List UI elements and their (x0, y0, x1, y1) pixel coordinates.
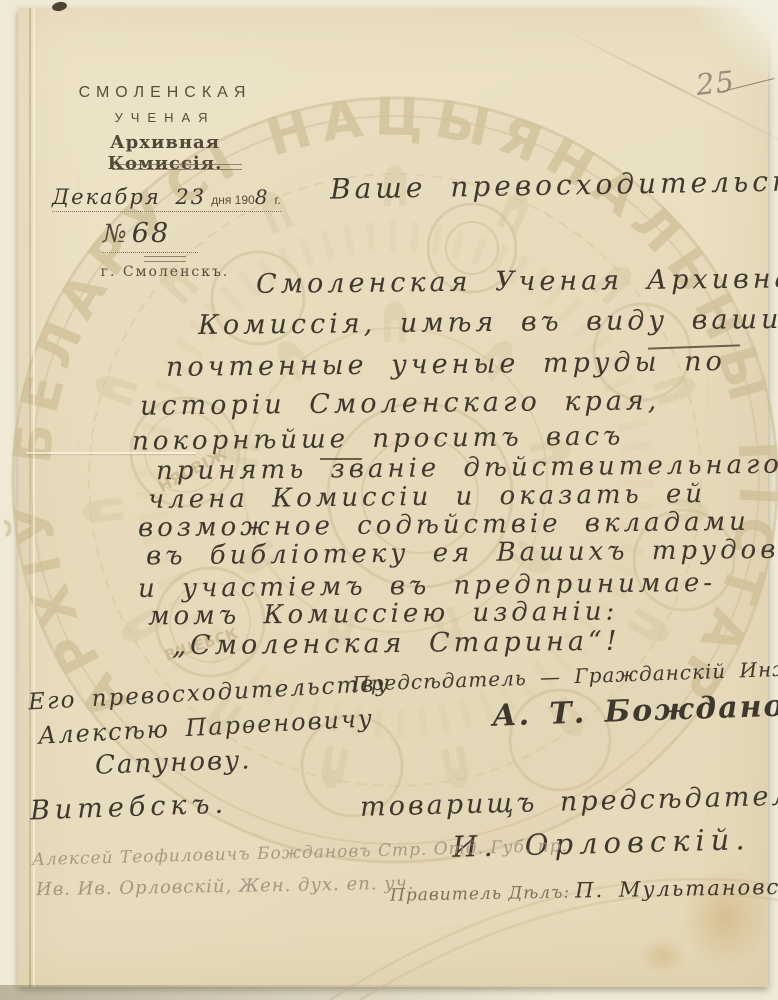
body-line: почтенные ученые труды по (166, 346, 726, 383)
number-value: 68 (132, 218, 170, 249)
date-printed-suffix: г. (275, 193, 281, 207)
paper-crease-left-highlight (33, 8, 35, 987)
ink-underline-she (320, 458, 362, 460)
letterhead-divider-small (144, 256, 186, 262)
body-line: Смоленская Ученая Архивная (256, 263, 778, 300)
letterhead-org-line1: СМОЛЕНСКАЯ (65, 84, 265, 102)
date-printed-middle: дня 190 (211, 193, 254, 207)
paper-crease-left (29, 8, 31, 987)
number-line: № 68 (103, 218, 198, 253)
date-line: Декабря 23 дня 1908 г. (52, 185, 281, 212)
stain-small (640, 938, 686, 974)
clerk-title: Правитель Дѣлъ: (390, 883, 570, 906)
letterhead-org-line2: УЧЕНАЯ (65, 110, 265, 125)
clerk-signature: П. Мультановскій (575, 874, 778, 902)
body-line: исторіи Смоленскаго края, (140, 385, 661, 421)
number-sign: № (103, 219, 127, 248)
folio-number: 25 (694, 64, 736, 102)
date-handwritten-digit: 8 (255, 185, 270, 209)
scan-shadow (0, 985, 560, 1000)
body-line: Комиссія, имѣя въ виду ваши (198, 304, 778, 341)
letterhead-divider-top (112, 164, 242, 170)
body-line: „Смоленская Старина“! (172, 626, 621, 662)
document-page: АРХІЎ БЕЛАРУСІ НАЦЫЯНАЛЬНЫ ГІСТАРЫЧНЫ (0, 0, 778, 1000)
date-handwritten-month: Декабря 23 (52, 185, 206, 209)
addressee-surname: Сапунову. (95, 745, 252, 780)
letterhead-city: г. Смоленскъ. (65, 264, 265, 280)
